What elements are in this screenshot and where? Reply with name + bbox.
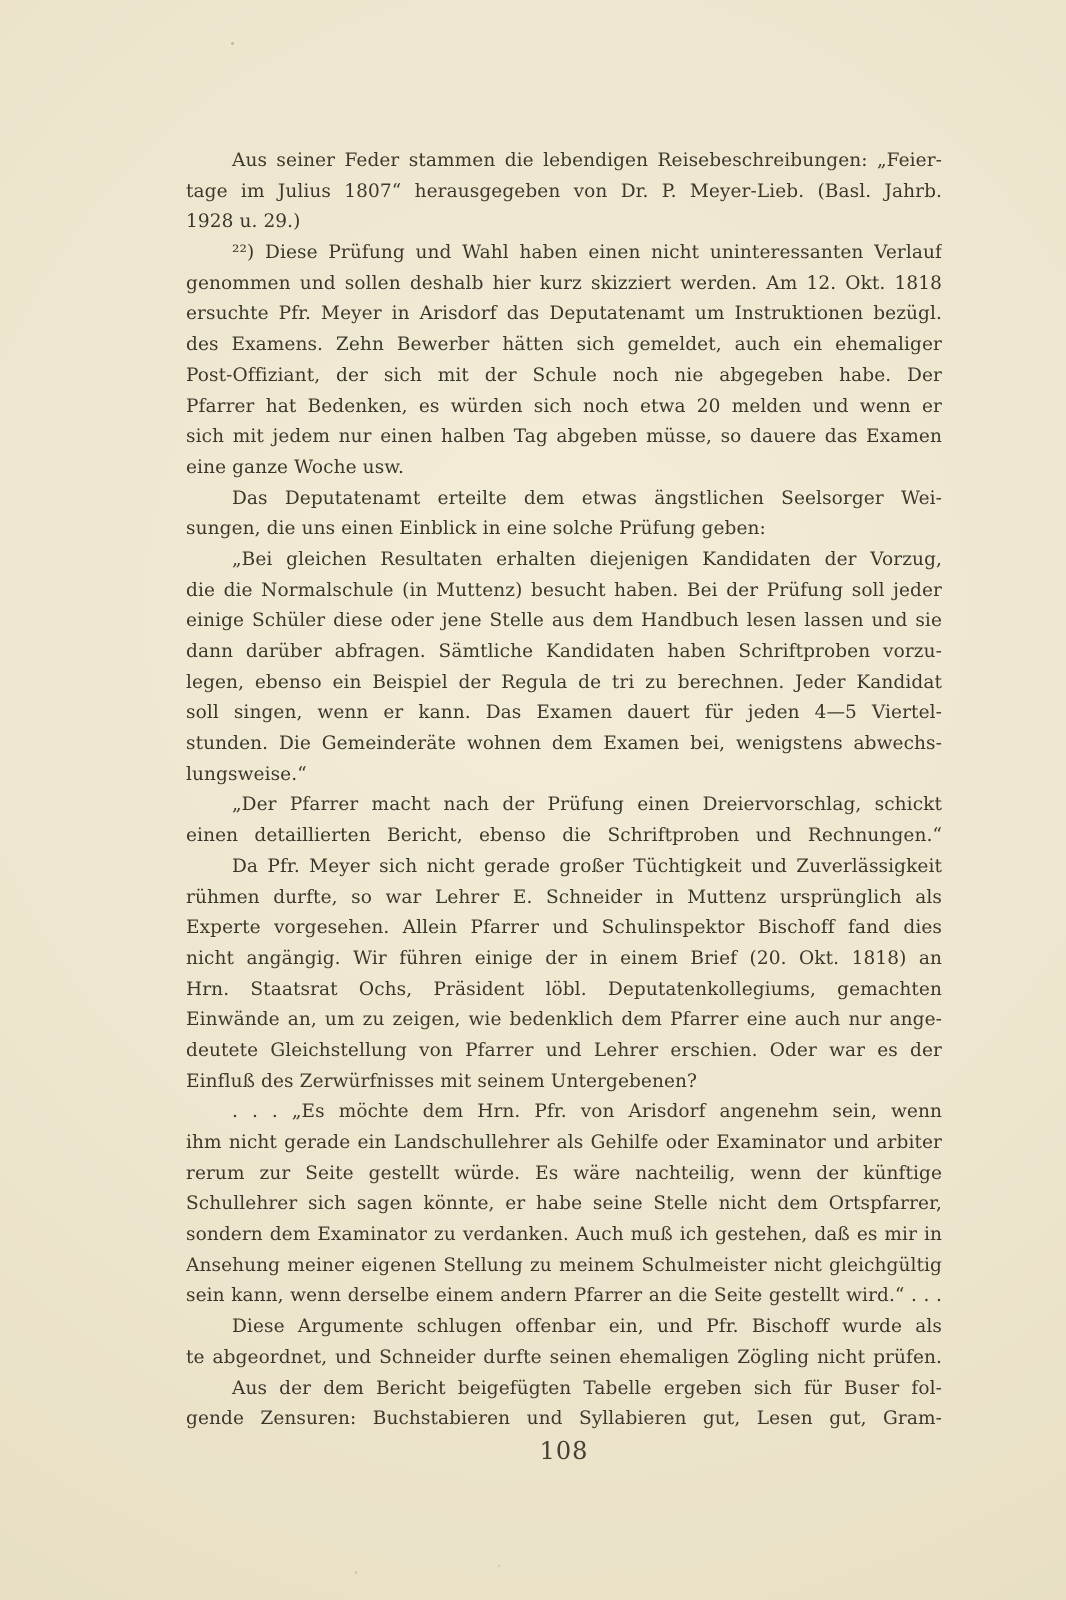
paragraph: Aus der dem Bericht beigefügten Tabelle … [186, 1374, 942, 1435]
paper-speck [231, 42, 234, 45]
text-line: legen, ebenso ein Beispiel der Regula de… [186, 668, 942, 699]
paragraph: ²²) Diese Prüfung und Wahl haben einen n… [186, 238, 942, 484]
text-line: sungen, die uns einen Einblick in eine s… [186, 514, 942, 545]
text-line: „Bei gleichen Resultaten erhalten diejen… [186, 545, 942, 576]
text-line: 1928 u. 29.) [186, 207, 942, 238]
paragraph: Diese Argumente schlugen offenbar ein, u… [186, 1312, 942, 1373]
text-line: lungsweise.“ [186, 760, 942, 791]
text-line: te abgeordnet, und Schneider durfte sein… [186, 1343, 942, 1374]
text-line: Aus seiner Feder stammen die lebendigen … [186, 146, 942, 177]
text-line: Ansehung meiner eigenen Stellung zu mein… [186, 1251, 942, 1282]
paper-speck [355, 1571, 357, 1574]
text-line: eine ganze Woche usw. [186, 453, 942, 484]
text-line: Experte vorgesehen. Allein Pfarrer und S… [186, 913, 942, 944]
page-number: 108 [186, 1437, 942, 1465]
text-line: Hrn. Staatsrat Ochs, Präsident löbl. Dep… [186, 975, 942, 1006]
paragraph: Aus seiner Feder stammen die lebendigen … [186, 146, 942, 238]
text-line: tage im Julius 1807“ herausgegeben von D… [186, 177, 942, 208]
text-block: Aus seiner Feder stammen die lebendigen … [186, 146, 942, 1435]
text-line: einen detaillierten Bericht, ebenso die … [186, 821, 942, 852]
paragraph: . . . „Es möchte dem Hrn. Pfr. von Arisd… [186, 1097, 942, 1312]
text-line: gende Zensuren: Buchstabieren und Syllab… [186, 1404, 942, 1435]
paragraph: „Der Pfarrer macht nach der Prüfung eine… [186, 790, 942, 851]
scanned-book-page: Aus seiner Feder stammen die lebendigen … [0, 0, 1066, 1600]
text-line: sein kann, wenn derselbe einem andern Pf… [186, 1281, 942, 1312]
text-line: stunden. Die Gemeinderäte wohnen dem Exa… [186, 729, 942, 760]
paragraph: Das Deputatenamt erteilte dem etwas ängs… [186, 484, 942, 545]
text-line: Diese Argumente schlugen offenbar ein, u… [186, 1312, 942, 1343]
text-line: ersuchte Pfr. Meyer in Arisdorf das Depu… [186, 299, 942, 330]
text-line: Da Pfr. Meyer sich nicht gerade großer T… [186, 852, 942, 883]
text-line: ihm nicht gerade ein Landschullehrer als… [186, 1128, 942, 1159]
text-line: deutete Gleichstellung von Pfarrer und L… [186, 1036, 942, 1067]
text-line: Post-Offiziant, der sich mit der Schule … [186, 361, 942, 392]
paper-speck [498, 1565, 500, 1567]
text-line: einige Schüler diese oder jene Stelle au… [186, 606, 942, 637]
text-line: des Examens. Zehn Bewerber hätten sich g… [186, 330, 942, 361]
text-line: nicht angängig. Wir führen einige der in… [186, 944, 942, 975]
text-line: . . . „Es möchte dem Hrn. Pfr. von Arisd… [186, 1097, 942, 1128]
paragraph: „Bei gleichen Resultaten erhalten diejen… [186, 545, 942, 791]
text-line: „Der Pfarrer macht nach der Prüfung eine… [186, 790, 942, 821]
text-line: soll singen, wenn er kann. Das Examen da… [186, 698, 942, 729]
text-line: rerum zur Seite gestellt würde. Es wäre … [186, 1159, 942, 1190]
text-line: rühmen durfte, so war Lehrer E. Schneide… [186, 883, 942, 914]
text-line: sondern dem Examinator zu verdanken. Auc… [186, 1220, 942, 1251]
text-line: dann darüber abfragen. Sämtliche Kandida… [186, 637, 942, 668]
text-line: genommen und sollen deshalb hier kurz sk… [186, 269, 942, 300]
text-line: Einwände an, um zu zeigen, wie bedenklic… [186, 1005, 942, 1036]
text-line: Das Deputatenamt erteilte dem etwas ängs… [186, 484, 942, 515]
text-line: Einfluß des Zerwürfnisses mit seinem Unt… [186, 1067, 942, 1098]
text-line: sich mit jedem nur einen halben Tag abge… [186, 422, 942, 453]
text-line: ²²) Diese Prüfung und Wahl haben einen n… [186, 238, 942, 269]
text-line: die die Normalschule (in Muttenz) besuch… [186, 576, 942, 607]
text-line: Aus der dem Bericht beigefügten Tabelle … [186, 1374, 942, 1405]
text-line: Schullehrer sich sagen könnte, er habe s… [186, 1189, 942, 1220]
paragraph: Da Pfr. Meyer sich nicht gerade großer T… [186, 852, 942, 1098]
text-line: Pfarrer hat Bedenken, es würden sich noc… [186, 392, 942, 423]
